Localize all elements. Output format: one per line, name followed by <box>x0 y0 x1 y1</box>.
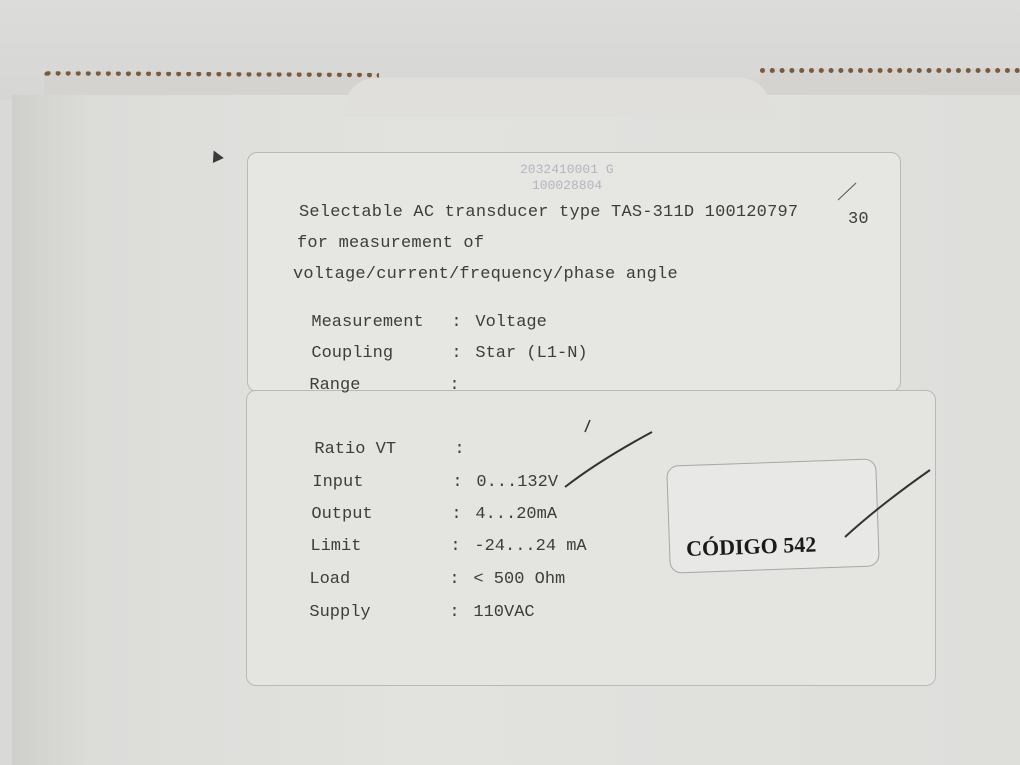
pen-marks <box>0 0 1020 765</box>
